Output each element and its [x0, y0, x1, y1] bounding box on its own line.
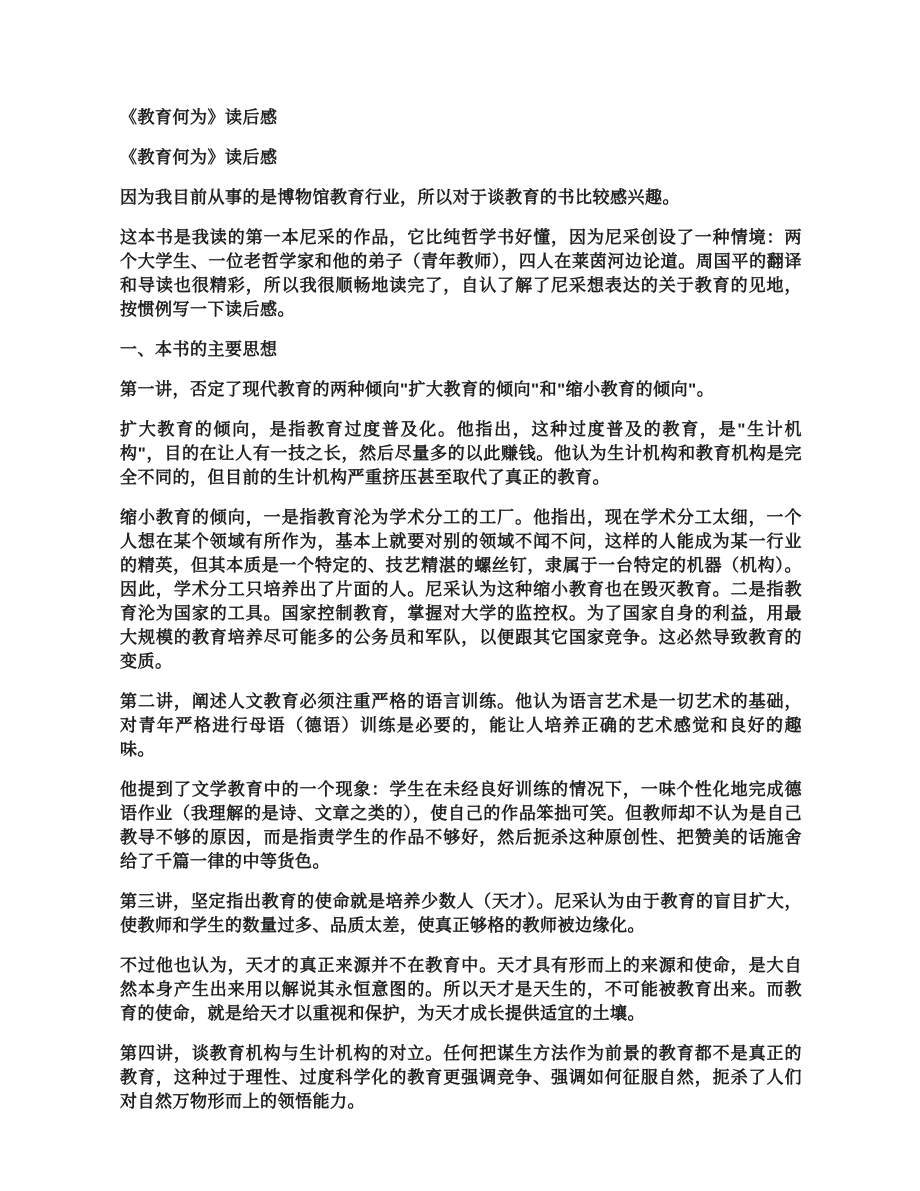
doc-title-repeat: 《教育何为》读后感 — [120, 146, 802, 170]
paragraph-book-overview: 这本书是我读的第一本尼采的作品，它比纯哲学书好懂，因为尼采创设了一种情境：两个大… — [120, 226, 802, 322]
doc-title: 《教育何为》读后感 — [120, 106, 802, 130]
paragraph-lecture3: 第三讲，坚定指出教育的使命就是培养少数人（天才）。尼采认为由于教育的盲目扩大，使… — [120, 890, 802, 938]
paragraph-intro: 因为我目前从事的是博物馆教育行业，所以对于谈教育的书比较感兴趣。 — [120, 186, 802, 210]
document-page: 《教育何为》读后感 《教育何为》读后感 因为我目前从事的是博物馆教育行业，所以对… — [0, 0, 920, 1191]
paragraph-lecture1-summary: 第一讲，否定了现代教育的两种倾向"扩大教育的倾向"和"缩小教育的倾向"。 — [120, 378, 802, 402]
paragraph-expanding-education: 扩大教育的倾向，是指教育过度普及化。他指出，这种过度普及的教育，是"生计机构"，… — [120, 418, 802, 490]
paragraph-literature-education: 他提到了文学教育中的一个现象：学生在未经良好训练的情况下，一味个性化地完成德语作… — [120, 778, 802, 874]
paragraph-lecture2: 第二讲，阐述人文教育必须注重严格的语言训练。他认为语言艺术是一切艺术的基础，对青… — [120, 690, 802, 762]
section-heading-main-ideas: 一、本书的主要思想 — [120, 338, 802, 362]
paragraph-narrowing-education: 缩小教育的倾向，一是指教育沦为学术分工的工厂。他指出，现在学术分工太细，一个人想… — [120, 506, 802, 674]
paragraph-lecture4: 第四讲，谈教育机构与生计机构的对立。任何把谋生方法作为前景的教育都不是真正的教育… — [120, 1042, 802, 1114]
paragraph-genius-origin: 不过他也认为，天才的真正来源并不在教育中。天才具有形而上的来源和使命，是大自然本… — [120, 954, 802, 1026]
document-text-body: 《教育何为》读后感 《教育何为》读后感 因为我目前从事的是博物馆教育行业，所以对… — [120, 106, 802, 1130]
